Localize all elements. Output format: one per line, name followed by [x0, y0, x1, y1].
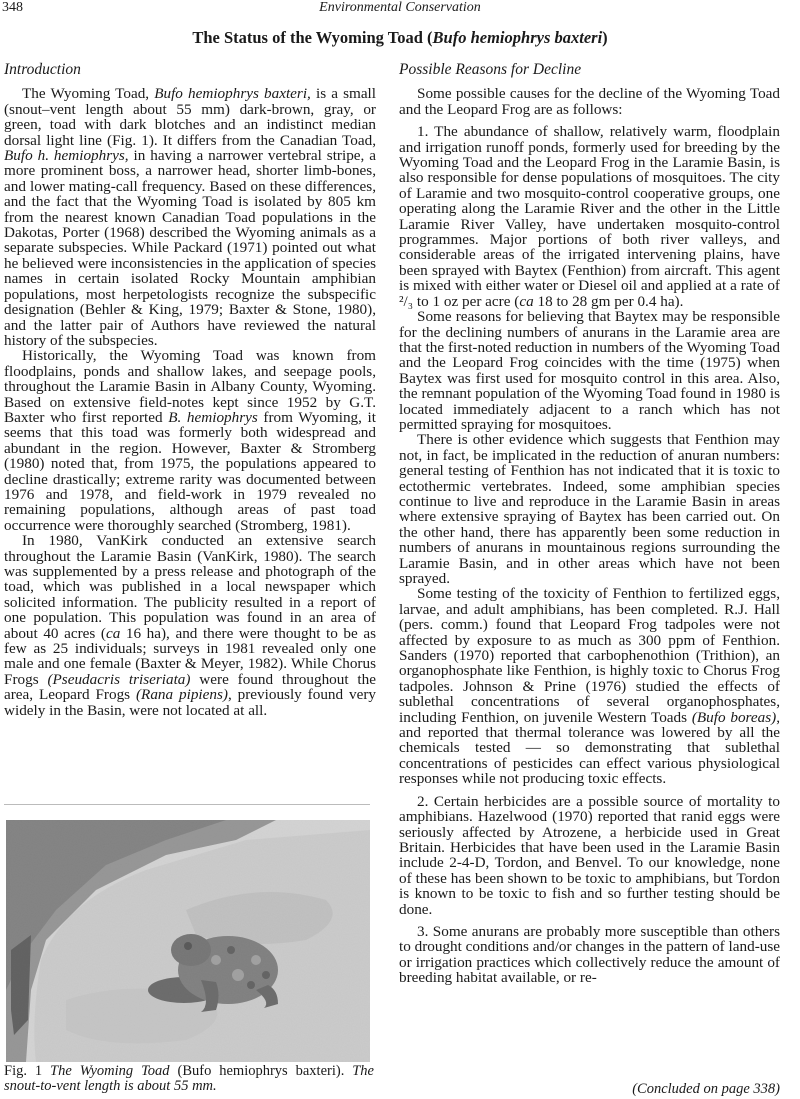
figure-label: Fig. 1 — [4, 1063, 42, 1079]
caption-species: (Bufo hemiophrys baxteri). — [177, 1063, 344, 1079]
title-close: ) — [602, 28, 608, 47]
text: Some testing of the toxicity of Fenthion… — [399, 585, 780, 725]
caption-italic-1: The Wyoming Toad — [42, 1063, 177, 1079]
paragraph-reason-2: 2. Certain herbicides are a possible sou… — [399, 794, 780, 917]
paragraph-intro-2: Historically, the Wyoming Toad was known… — [4, 348, 376, 533]
text: 3. Some anurans are probably more suscep… — [399, 923, 780, 986]
text: in having a narrower vertebral stripe, a… — [4, 147, 376, 349]
reasons-body: Some possible causes for the decline of … — [399, 86, 780, 985]
left-column: Introduction The Wyoming Toad, Bufo hemi… — [4, 62, 376, 718]
figure-1-photo — [6, 820, 370, 1062]
right-column: Possible Reasons for Decline Some possib… — [399, 62, 780, 986]
paragraph-reason-1d: Some testing of the toxicity of Fenthion… — [399, 586, 780, 786]
journal-title: Environmental Conservation — [0, 0, 800, 16]
paragraph-reason-1b: Some reasons for believing that Baytex m… — [399, 309, 780, 432]
introduction-body: The Wyoming Toad, Bufo hemiophrys baxter… — [4, 86, 376, 718]
paragraph-reason-3: 3. Some anurans are probably more suscep… — [399, 924, 780, 986]
article-title: The Status of the Wyoming Toad (Bufo hem… — [0, 28, 800, 48]
figure-caption: Fig. 1 The Wyoming Toad (Bufo hemiophrys… — [4, 1064, 374, 1094]
paragraph-intro-1: The Wyoming Toad, Bufo hemiophrys baxter… — [4, 86, 376, 348]
text: Some possible causes for the decline of … — [399, 85, 780, 117]
text: from Wyoming, it seems that this toad wa… — [4, 409, 376, 534]
title-species: Bufo hemiophrys baxteri — [433, 28, 603, 47]
title-text: The Status of the Wyoming Toad ( — [192, 28, 432, 47]
running-head: 348 Environmental Conservation — [0, 0, 800, 18]
text: 1. The abundance of shallow, relatively … — [399, 123, 780, 309]
toad-photo-icon — [6, 820, 370, 1062]
text: Some reasons for believing that Baytex m… — [399, 308, 780, 433]
figure-rule — [4, 804, 370, 805]
text: There is other evidence which suggests t… — [399, 431, 780, 587]
paragraph-reasons-intro: Some possible causes for the decline of … — [399, 86, 780, 117]
paragraph-reason-1c: There is other evidence which suggests t… — [399, 432, 780, 586]
paragraph-reason-1: 1. The abundance of shallow, relatively … — [399, 124, 780, 309]
continuation-note: (Concluded on page 338) — [632, 1081, 780, 1098]
paragraph-intro-3: In 1980, VanKirk conducted an extensive … — [4, 533, 376, 718]
section-heading-introduction: Introduction — [4, 62, 376, 77]
section-heading-possible-reasons: Possible Reasons for Decline — [399, 62, 780, 77]
text: 2. Certain herbicides are a possible sou… — [399, 793, 780, 918]
